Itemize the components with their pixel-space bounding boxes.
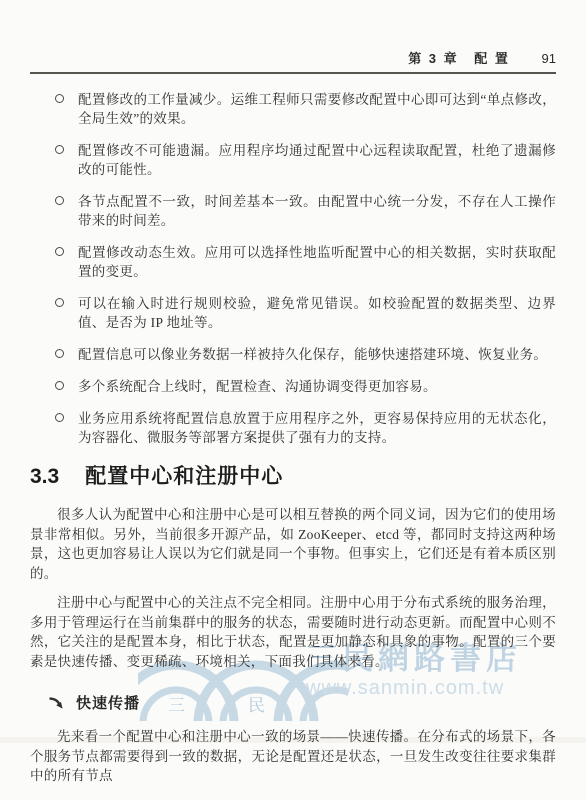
circle-bullet-icon (55, 94, 64, 103)
circle-bullet-icon (55, 247, 64, 256)
circle-bullet-icon (55, 413, 64, 422)
section-title: 配置中心和注册中心 (85, 460, 283, 490)
body-paragraph: 先来看一个配置中心和注册中心一致的场景——快速传播。在分布式的场景下，各个服务节… (30, 727, 556, 786)
list-item: 配置修改不可能遗漏。应用程序均通过配置中心远程读取配置，杜绝了遗漏修改的可能性。 (55, 141, 556, 179)
subsection-title: 快速传播 (76, 692, 140, 713)
list-item-text: 配置信息可以像业务数据一样被持久化保存，能够快速搭建环境、恢复业务。 (78, 345, 547, 364)
body-paragraph: 注册中心与配置中心的关注点不完全相同。注册中心用于分布式系统的服务治理，多用于管… (30, 593, 556, 671)
list-item-text: 各节点配置不一致，时间差基本一致。由配置中心统一分发，不存在人工操作带来的时间差… (78, 192, 556, 230)
header-rule (30, 72, 556, 74)
subsection-heading: 快速传播 (48, 692, 556, 713)
circle-bullet-icon (55, 196, 64, 205)
list-item: 多个系统配合上线时，配置检查、沟通协调变得更加容易。 (55, 377, 556, 396)
list-item-text: 配置修改的工作量减少。运维工程师只需要修改配置中心即可达到“单点修改，全局生效”… (78, 90, 556, 128)
circle-bullet-icon (55, 145, 64, 154)
list-item-text: 可以在输入时进行规则校验，避免常见错误。如校验配置的数据类型、边界值、是否为 I… (78, 294, 556, 332)
curved-arrow-icon (48, 696, 64, 710)
chapter-title: 配 置 (474, 51, 510, 66)
book-page: 第 3 章 配 置 91 配置修改的工作量减少。运维工程师只需要修改配置中心即可… (0, 0, 586, 800)
list-item: 配置信息可以像业务数据一样被持久化保存，能够快速搭建环境、恢复业务。 (55, 345, 556, 364)
section-number: 3.3 (30, 465, 59, 489)
chapter-label: 第 3 章 (408, 51, 458, 66)
list-item-text: 业务应用系统将配置信息放置于应用程序之外，更容易保持应用的无状态化，为容器化、微… (78, 409, 556, 447)
running-header: 第 3 章 配 置 91 (30, 48, 556, 67)
circle-bullet-icon (55, 349, 64, 358)
list-item-text: 配置修改不可能遗漏。应用程序均通过配置中心远程读取配置，杜绝了遗漏修改的可能性。 (78, 141, 556, 179)
list-item-text: 配置修改动态生效。应用可以选择性地监听配置中心的相关数据，实时获取配置的变更。 (78, 243, 556, 281)
benefit-list: 配置修改的工作量减少。运维工程师只需要修改配置中心即可达到“单点修改，全局生效”… (55, 90, 556, 447)
list-item: 各节点配置不一致，时间差基本一致。由配置中心统一分发，不存在人工操作带来的时间差… (55, 192, 556, 230)
section-heading: 3.3 配置中心和注册中心 (30, 460, 556, 490)
page-number: 91 (542, 51, 556, 66)
circle-bullet-icon (55, 298, 64, 307)
circle-bullet-icon (55, 381, 64, 390)
list-item: 配置修改动态生效。应用可以选择性地监听配置中心的相关数据，实时获取配置的变更。 (55, 243, 556, 281)
list-item: 配置修改的工作量减少。运维工程师只需要修改配置中心即可达到“单点修改，全局生效”… (55, 90, 556, 128)
list-item: 可以在输入时进行规则校验，避免常见错误。如校验配置的数据类型、边界值、是否为 I… (55, 294, 556, 332)
list-item-text: 多个系统配合上线时，配置检查、沟通协调变得更加容易。 (78, 377, 437, 396)
body-paragraph: 很多人认为配置中心和注册中心是可以相互替换的两个同义词，因为它们的使用场景非常相… (30, 505, 556, 583)
list-item: 业务应用系统将配置信息放置于应用程序之外，更容易保持应用的无状态化，为容器化、微… (55, 409, 556, 447)
